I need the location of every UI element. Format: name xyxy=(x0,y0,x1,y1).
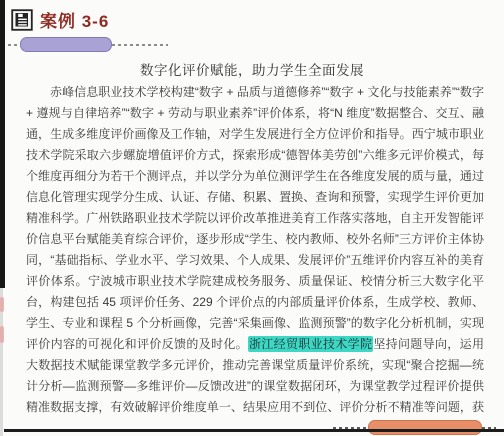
edge-smudge-mark xyxy=(0,326,4,343)
redaction-row-top xyxy=(8,37,168,52)
dashed-line xyxy=(112,44,168,46)
article-title: 数字化评价赋能，助力学生全面发展 xyxy=(0,59,504,79)
case-label: 案例 3-6 xyxy=(40,7,109,32)
page-bottom-border-line xyxy=(4,429,504,432)
highlighted-school-name: 浙江经贸职业技术学院 xyxy=(248,336,373,352)
redacted-text-pill-salmon xyxy=(368,420,482,435)
redacted-text-pill-purple xyxy=(20,37,112,52)
paragraph-text-pre: 赤峰信息职业技术学校构建“数字 + 品质与道德修养”“数字 + 文化与技能素养”… xyxy=(26,85,484,351)
article-paragraph: 赤峰信息职业技术学校构建“数字 + 品质与道德修养”“数字 + 文化与技能素养”… xyxy=(26,82,484,420)
notebook-icon xyxy=(11,9,33,31)
case-header: 案例 3-6 xyxy=(11,7,109,32)
dashed-line xyxy=(8,44,20,46)
edge-smudge-mark xyxy=(0,297,4,312)
photo-left-edge-shadow xyxy=(0,0,5,288)
document-page: 案例 3-6 数字化评价赋能，助力学生全面发展 赤峰信息职业技术学校构建“数字 … xyxy=(0,0,504,436)
redaction-row-bottom xyxy=(333,420,496,435)
